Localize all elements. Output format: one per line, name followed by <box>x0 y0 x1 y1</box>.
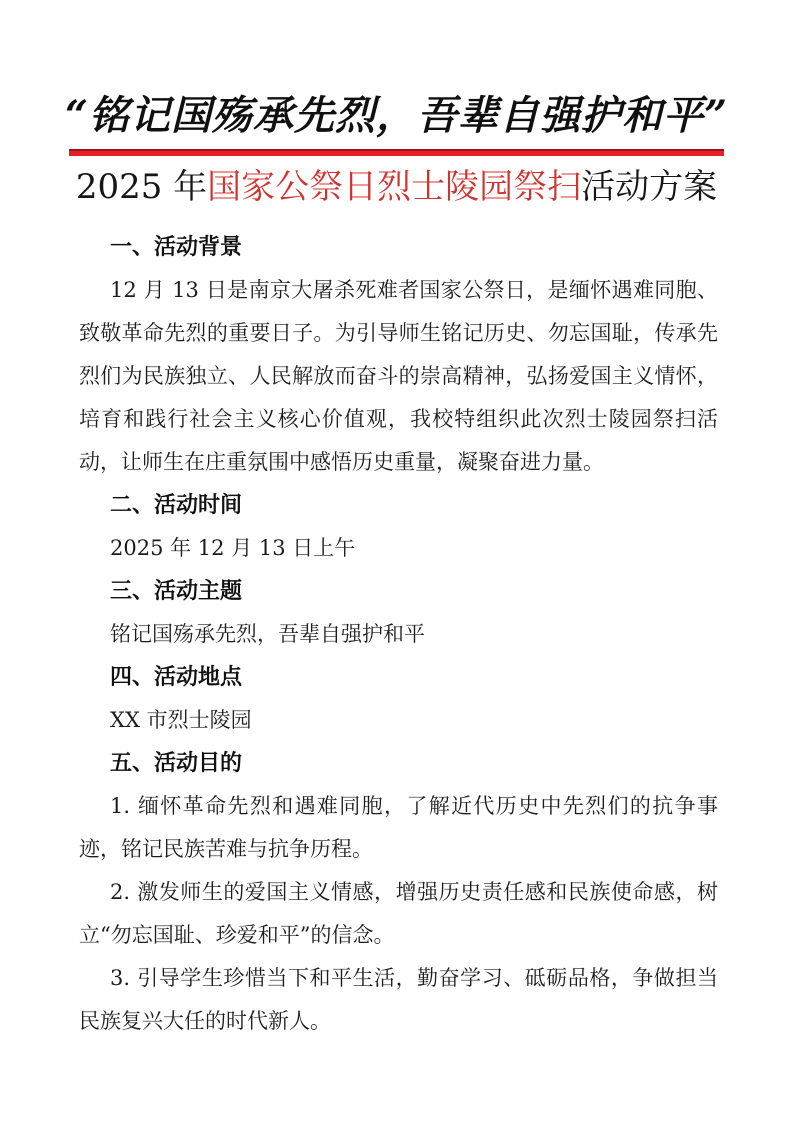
section-heading: 一、活动背景 <box>79 226 718 269</box>
paragraph: 2. 激发师生的爱国主义情感，增强历史责任感和民族使命感，树立“勿忘国耻、珍爱和… <box>79 871 718 957</box>
banner-title: “铭记国殇承先烈，吾辈自强护和平” <box>0 0 793 140</box>
paragraph: 12 月 13 日是南京大屠杀死难者国家公祭日，是缅怀遇难同胞、致敬革命先烈的重… <box>79 269 718 484</box>
main-title-prefix: 2025 年 <box>76 167 207 207</box>
main-title-suffix: 活动方案 <box>581 167 717 207</box>
paragraph: 1. 缅怀革命先烈和遇难同胞，了解近代历史中先烈们的抗争事迹，铭记民族苦难与抗争… <box>79 785 718 871</box>
section-heading: 五、活动目的 <box>79 742 718 785</box>
section-heading: 二、活动时间 <box>79 484 718 527</box>
document-page: “铭记国殇承先烈，吾辈自强护和平” 2025 年国家公祭日烈士陵园祭扫活动方案 … <box>0 0 793 1122</box>
paragraph: 2025 年 12 月 13 日上午 <box>79 527 718 570</box>
paragraph: XX 市烈士陵园 <box>79 699 718 742</box>
paragraph: 3. 引导学生珍惜当下和平生活，勤奋学习、砥砺品格，争做担当民族复兴大任的时代新… <box>79 957 718 1043</box>
paragraph: 铭记国殇承先烈，吾辈自强护和平 <box>79 613 718 656</box>
main-title-highlight: 国家公祭日烈士陵园祭扫 <box>207 167 581 207</box>
section-heading: 三、活动主题 <box>79 570 718 613</box>
main-title: 2025 年国家公祭日烈士陵园祭扫活动方案 <box>0 164 793 210</box>
document-body: 一、活动背景12 月 13 日是南京大屠杀死难者国家公祭日，是缅怀遇难同胞、致敬… <box>79 226 718 1043</box>
red-divider-rule <box>69 149 724 156</box>
section-heading: 四、活动地点 <box>79 656 718 699</box>
